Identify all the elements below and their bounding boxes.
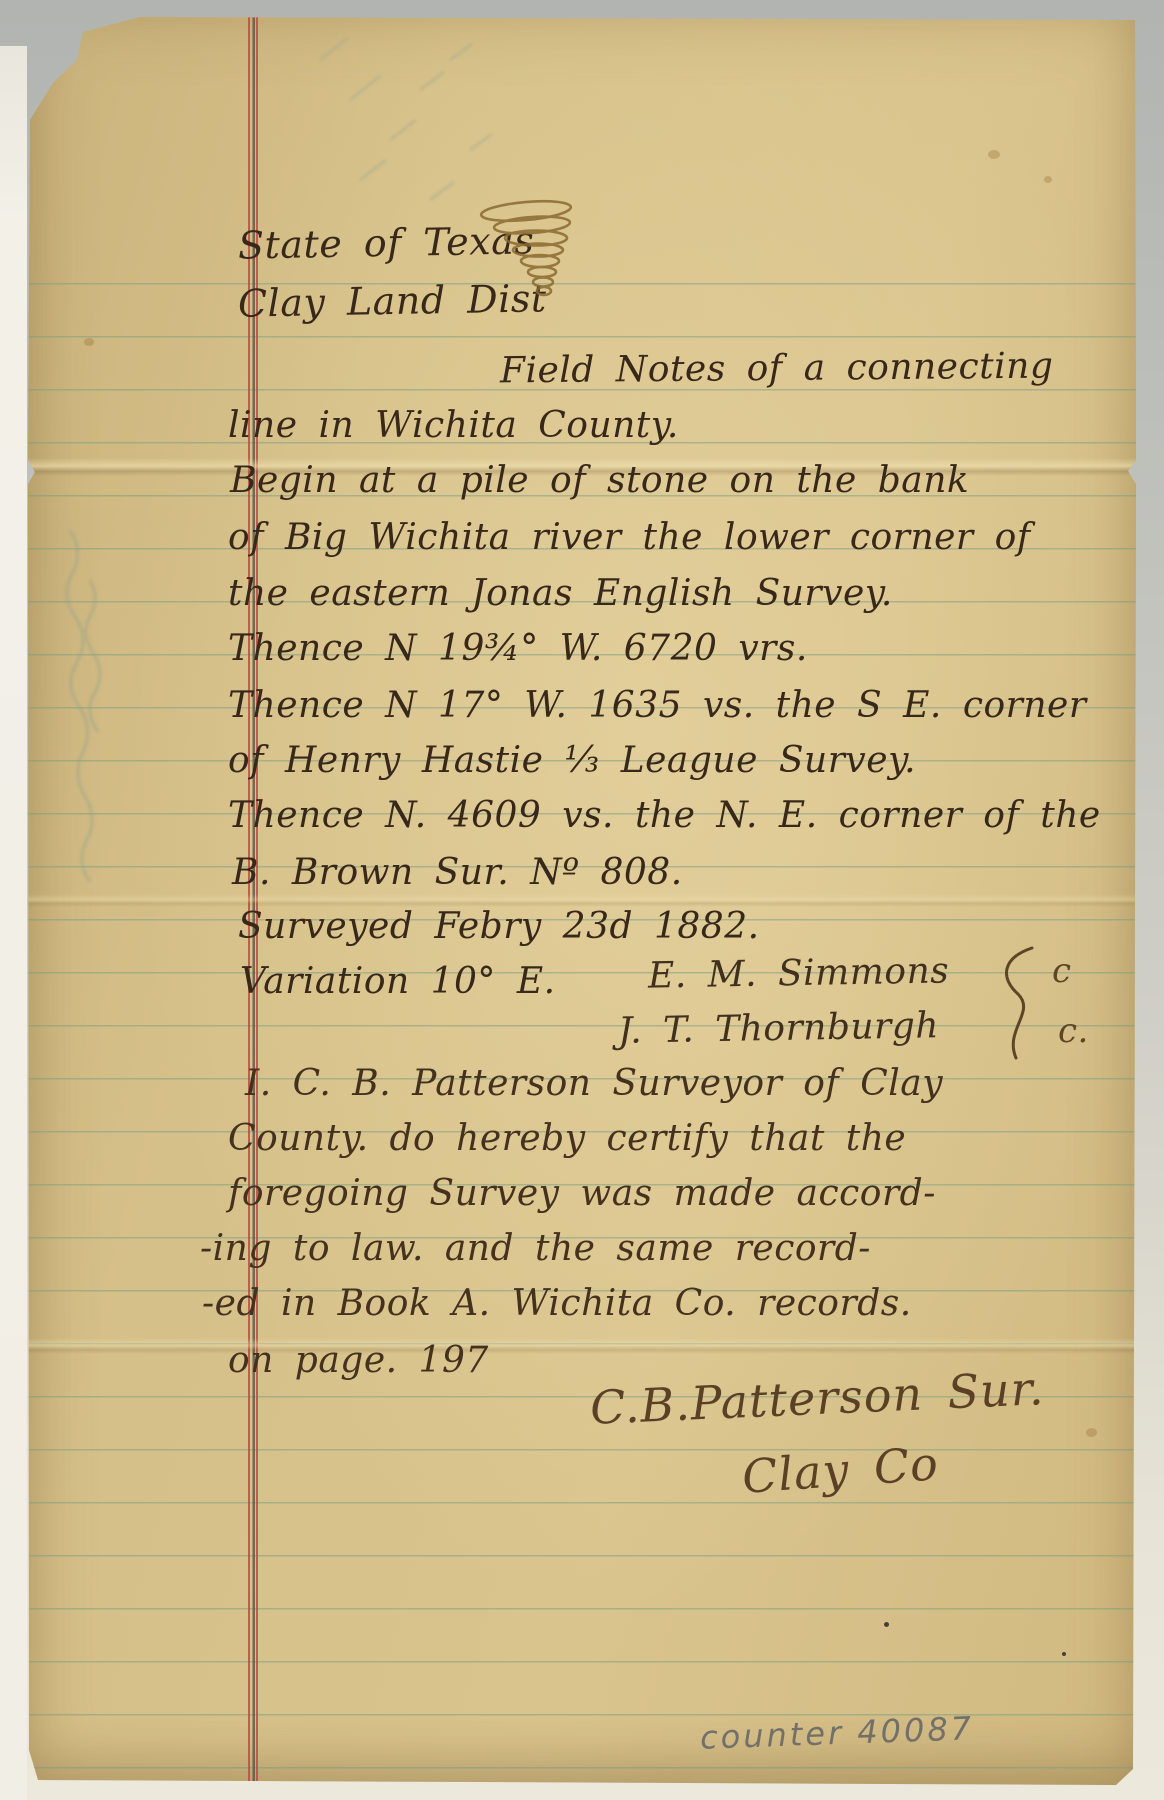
note-line-variation: Variation 10° E. [240,961,556,1002]
note-line: Field Notes of a connecting [500,346,1054,392]
chain-carrier-name: J. T. Thornburgh [618,1005,940,1052]
chain-carrier-mark: c [1052,952,1072,991]
ruled-lines [26,283,1140,1782]
ink-speck [884,1622,889,1627]
note-line: Begin at a pile of stone on the bank [230,460,969,501]
note-line: B. Brown Sur. Nº 808. [232,852,683,893]
chain-carrier-mark: c. [1058,1012,1089,1051]
certificate-line: I. C. B. Patterson Surveyor of Clay [245,1063,943,1104]
note-line-bearing: Thence N 17° W. 1635 vs. the S E. corner [228,685,1087,726]
note-line-bearing: Thence N. 4609 vs. the N. E. corner of t… [228,795,1101,836]
certificate-line: County. do hereby certify that the [228,1118,906,1159]
ink-speck [1062,1652,1066,1656]
fold-crease [26,1338,1140,1354]
certificate-line: on page. 197 [228,1340,489,1381]
note-line: the eastern Jonas English Survey. [228,573,893,614]
note-line: of Big Wichita river the lower corner of [228,517,1031,558]
certificate-line: foregoing Survey was made accord- [228,1173,936,1214]
spiral-flourish-doodle [472,198,587,306]
foxing-spot [1086,1428,1097,1437]
chain-carrier-name: E. M. Simmons [648,950,950,997]
note-line-bearing: Thence N 19¾° W. 6720 vrs. [228,628,808,669]
note-line-date: Surveyed Febry 23d 1882. [238,906,760,947]
certificate-line: -ed in Book A. Wichita Co. records. [202,1283,912,1324]
brace-mark [988,944,1048,1064]
scan-backing-strip [0,46,27,1800]
certificate-line: -ing to law. and the same record- [200,1228,871,1269]
foxing-spot [1044,176,1052,183]
ink-bleedthrough-marks [40,520,110,920]
foxing-spot [84,338,94,346]
note-line: line in Wichita County. [228,405,679,446]
foxing-spot [988,150,1000,159]
note-line: of Henry Hastie ⅓ League Survey. [228,740,916,781]
